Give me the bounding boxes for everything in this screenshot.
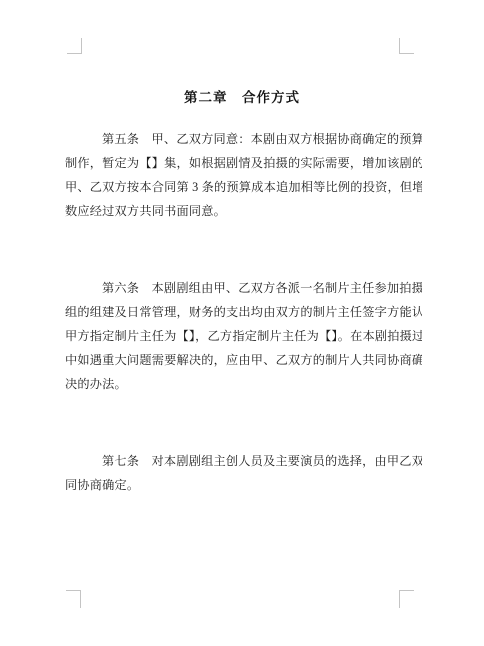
crop-mark-top-right bbox=[399, 38, 414, 54]
paragraph-line: 第六条 本剧剧组由甲、乙双方各派一名制片主任参加拍摄。剧 bbox=[65, 276, 422, 300]
paragraph-line: 第五条 甲、乙双方同意：本剧由双方根据协商确定的预算共同 bbox=[65, 127, 422, 151]
chapter-title: 第二章 合作方式 bbox=[0, 88, 484, 108]
paragraph-line: 决的办法。 bbox=[65, 372, 422, 396]
paragraph-line: 组的组建及日常管理，财务的支出均由双方的制片主任签字方能认可， bbox=[65, 300, 422, 324]
paragraph-line: 数应经过双方共同书面同意。 bbox=[65, 199, 422, 223]
paragraph-line: 制作，暂定为【】集，如根据剧情及拍摄的实际需要，增加该剧的集数， bbox=[65, 151, 422, 175]
crop-mark-top-left bbox=[67, 38, 82, 54]
paragraph-line: 中如遇重大问题需要解决的，应由甲、乙双方的制片人共同协商确定解 bbox=[65, 348, 422, 372]
crop-mark-bottom-right bbox=[399, 590, 414, 608]
document-page: 第二章 合作方式 第五条 甲、乙双方同意：本剧由双方根据协商确定的预算共同 制作… bbox=[0, 0, 484, 646]
paragraph-line: 第七条 对本剧剧组主创人员及主要演员的选择，由甲乙双方共 bbox=[65, 449, 422, 473]
paragraph-article-7: 第七条 对本剧剧组主创人员及主要演员的选择，由甲乙双方共 同协商确定。 bbox=[65, 449, 422, 497]
paragraph-article-5: 第五条 甲、乙双方同意：本剧由双方根据协商确定的预算共同 制作，暂定为【】集，如… bbox=[65, 127, 422, 223]
paragraph-line: 甲、乙双方按本合同第 3 条的预算成本追加相等比例的投资，但增加集 bbox=[65, 175, 422, 199]
paragraph-line: 同协商确定。 bbox=[65, 473, 422, 497]
crop-mark-bottom-left bbox=[66, 590, 81, 608]
paragraph-line: 甲方指定制片主任为【】，乙方指定制片主任为【】。在本剧拍摄过程 bbox=[65, 324, 422, 348]
paragraph-article-6: 第六条 本剧剧组由甲、乙双方各派一名制片主任参加拍摄。剧 组的组建及日常管理，财… bbox=[65, 276, 422, 396]
